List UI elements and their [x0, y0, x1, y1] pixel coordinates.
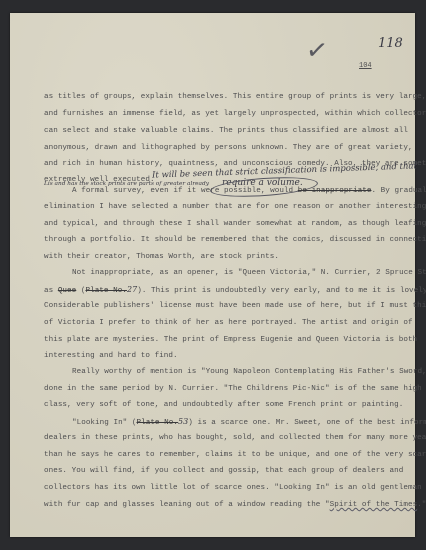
text-line: "Looking In" (Plate No.53) is a scarce o…	[72, 417, 426, 428]
text-line: class, very soft of tone, and undoubtedl…	[44, 400, 403, 410]
text-line: dealers in these prints, who has bought,…	[44, 433, 426, 443]
underlined-title: Spirit of the Times	[330, 501, 418, 509]
handwritten-page-number: 118	[378, 36, 403, 51]
text-line: elimination I have selected a number tha…	[44, 202, 426, 212]
text-line: with their creator, Thomas Worth, are st…	[44, 252, 279, 262]
text-line: and furnishes an immense field, as yet l…	[44, 109, 426, 119]
text-line: Not inappropriate, as an opener, is "Que…	[72, 268, 426, 278]
text-line: as Quee (Plate No.27). This print is und…	[44, 285, 426, 296]
text-line: of Victoria I prefer to think of her as …	[44, 318, 413, 328]
text-line: anonymous, drawn and lithographed by per…	[44, 143, 413, 153]
text-line: as titles of groups, explain themselves.…	[44, 92, 426, 102]
text-line: through a portfolio. It should be rememb…	[44, 235, 426, 245]
text-line: than he says he cares to remember, claim…	[44, 450, 426, 460]
text-line: and typical, and through these I shall w…	[44, 219, 426, 229]
text-line: Really worthy of mention is "Young Napol…	[72, 367, 426, 377]
typed-page-number: 104	[359, 62, 372, 70]
struck-text: be inappropriate	[298, 187, 372, 195]
text-line: can select and stake valuable claims. Th…	[44, 126, 408, 136]
text-line: interesting and hard to find.	[44, 351, 178, 361]
text-line: done in the same period by N. Currier. "…	[44, 384, 422, 394]
text-line: A formal survey, even if it were possibl…	[72, 186, 426, 196]
text-line: collectors has its own little lot of sca…	[44, 483, 422, 493]
text-line: with fur cap and glasses leaning out of …	[44, 500, 426, 510]
text-line: this plate are mysteries. The print of E…	[44, 335, 417, 345]
text-line: ones. You will find, if you collect and …	[44, 466, 403, 476]
checkmark-annotation: ✓	[304, 35, 330, 68]
text-line: Considerable publishers' license must ha…	[44, 301, 426, 311]
